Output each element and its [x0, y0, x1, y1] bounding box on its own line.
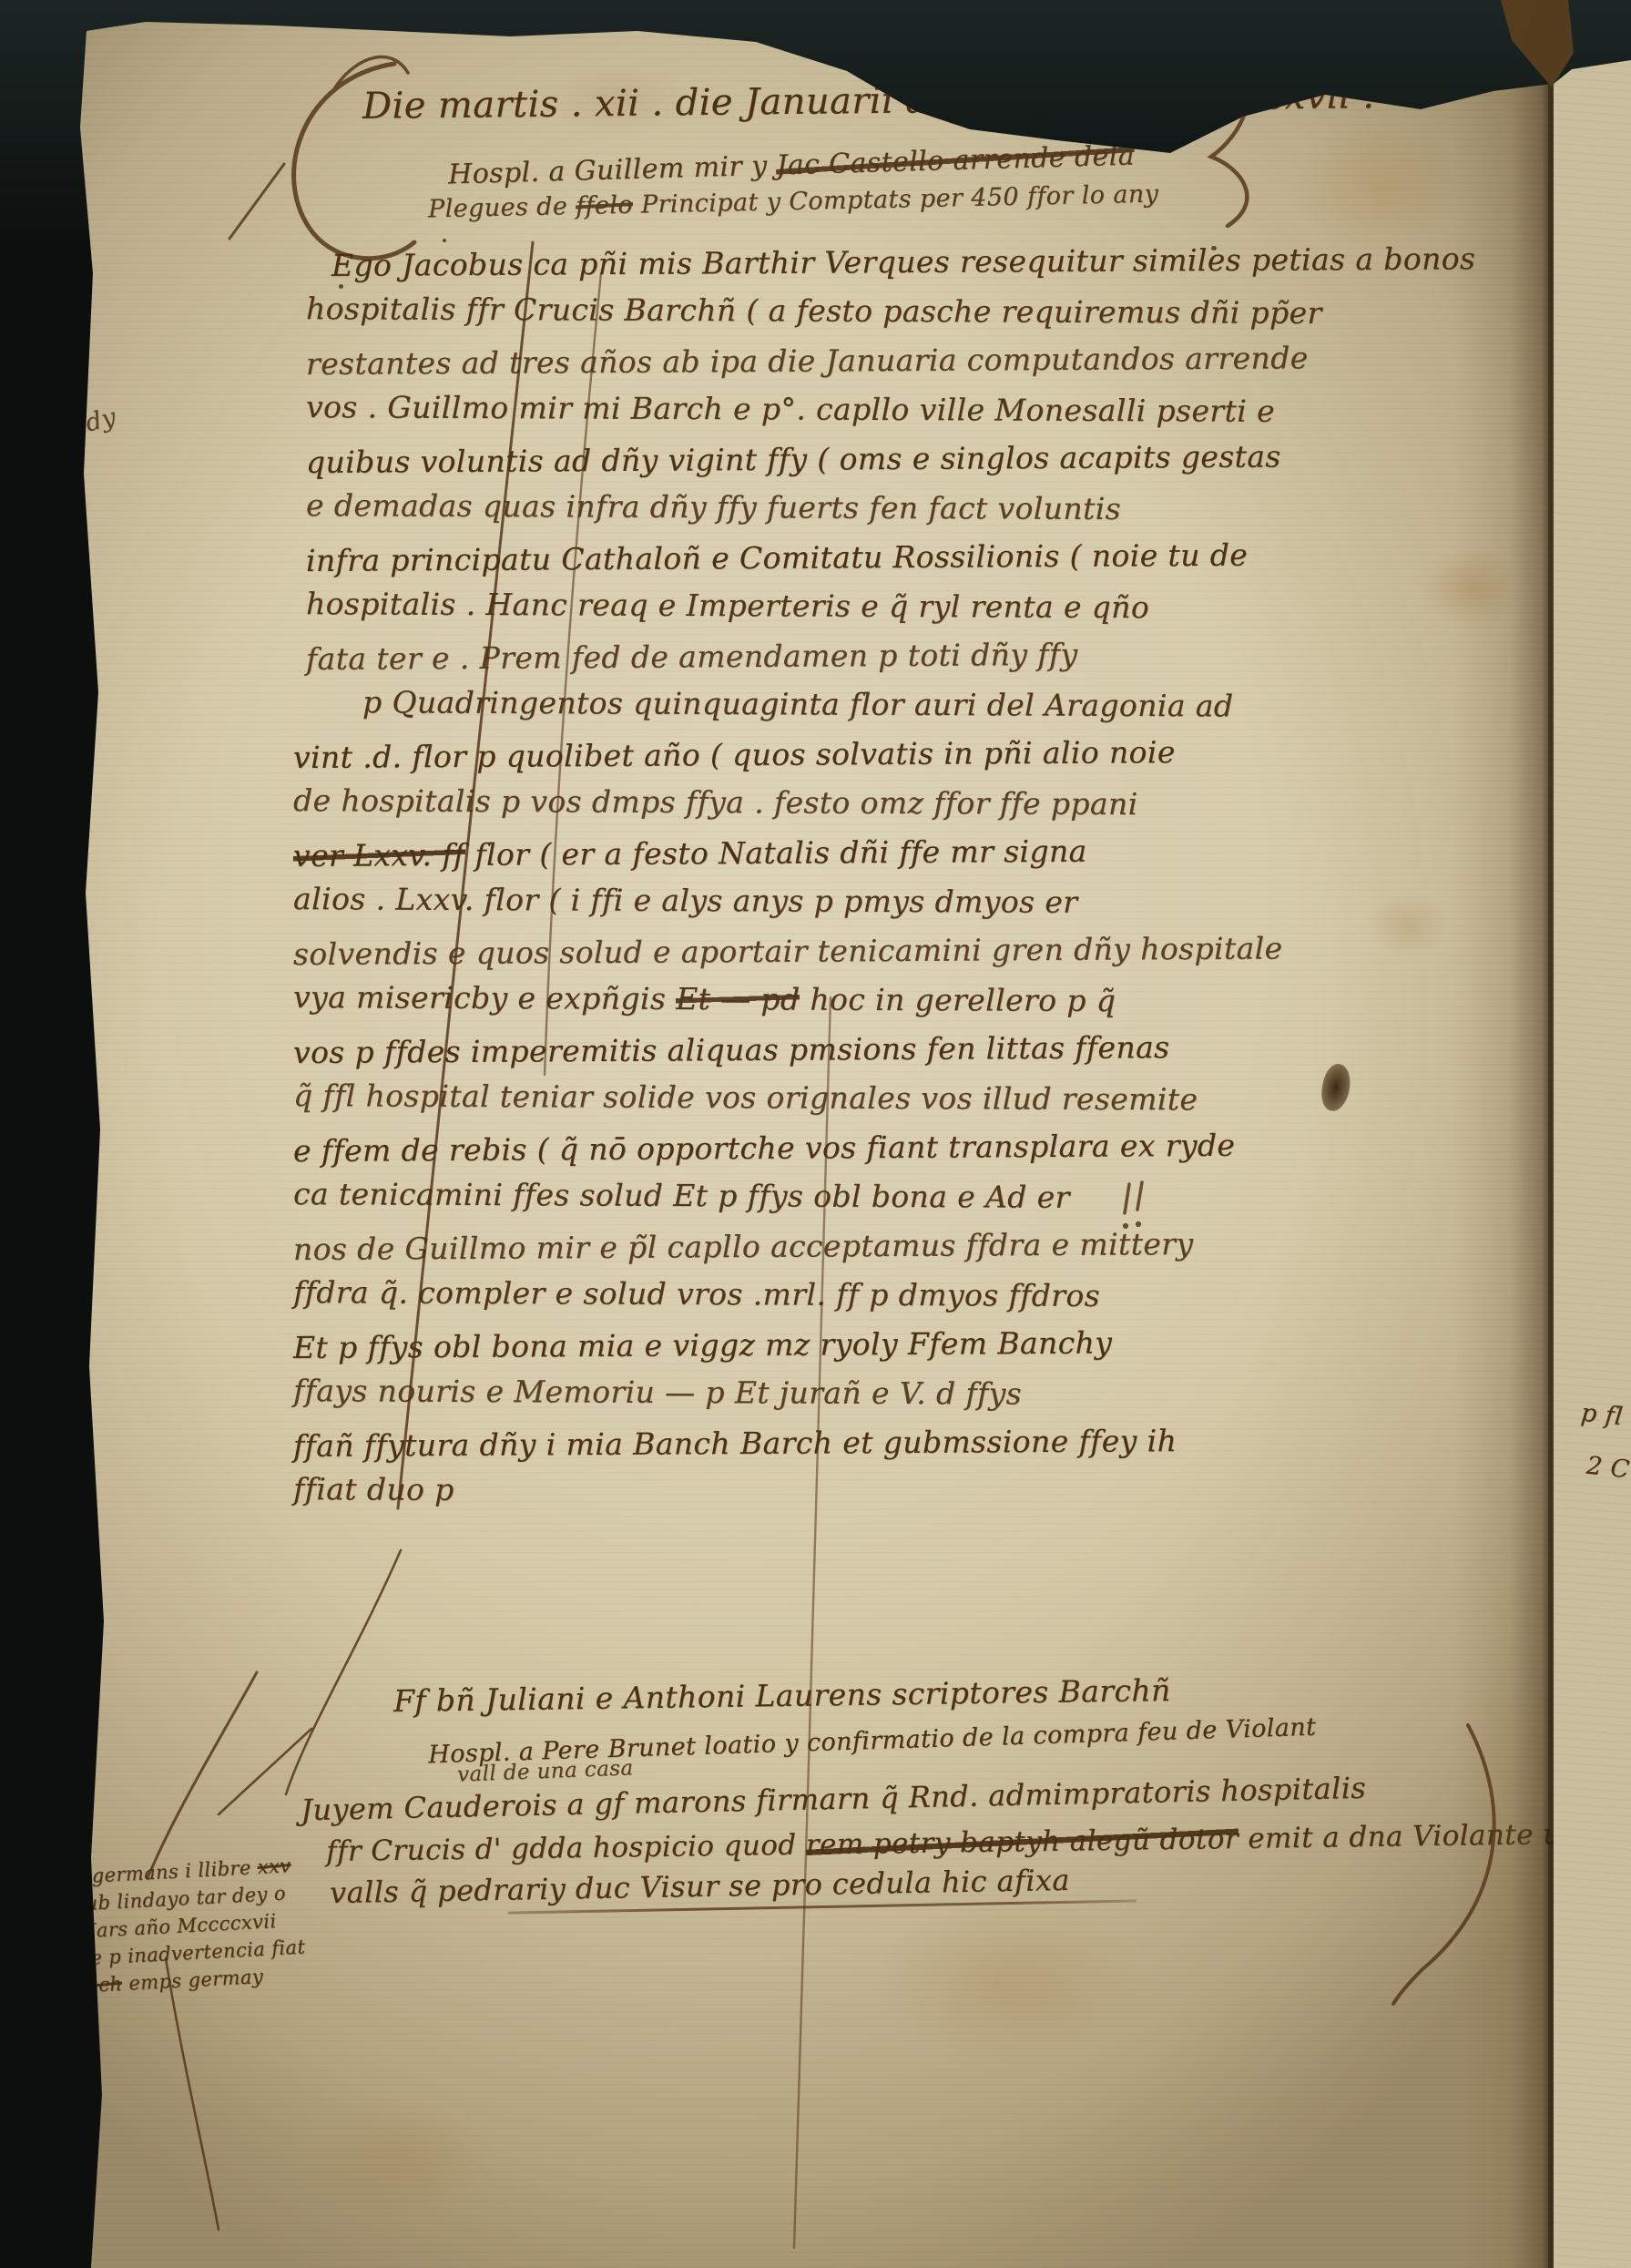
struck-text: Et — pd	[676, 981, 800, 1017]
text-line: vya misericby e expñgis Et — pd hoc in g…	[293, 979, 1499, 1034]
text-line: ca tenicamini ffes solud Et p ffys obl b…	[293, 1176, 1499, 1231]
text-line: Ego Jacobus ca pñi mis Barthir Verques r…	[331, 240, 1499, 297]
text-line: q̃ ffl hospital teniar solide vos origna…	[293, 1078, 1499, 1132]
struck-text: ver Lxxv. ff	[293, 837, 465, 873]
text-line: ver Lxxv. ff flor ( er a festo Natalis d…	[293, 831, 1499, 887]
text-line: ffays nouris e Memoriu — p Et jurañ e V.…	[293, 1373, 1499, 1427]
struck-text: rem petry baptyh alegũ dotor	[805, 1823, 1239, 1862]
text-line: fata ter e . Prem fed de amendamen p tot…	[306, 634, 1499, 690]
text-line: solvendis e quos solud e aportair tenica…	[293, 929, 1499, 986]
text-line: infra principatu Cathaloñ e Comitatu Ros…	[306, 536, 1499, 592]
line-text: vya misericby e expñgis	[293, 979, 676, 1017]
line-text: ffr Crucis d' gdda hospicio quod	[326, 1829, 806, 1868]
rubric-struck-text: ffelo	[576, 191, 633, 220]
adjacent-page-text-fragment: 2 C	[1585, 1452, 1631, 1485]
struck-text: xxv	[257, 1854, 291, 1878]
text-line: p Quadringentos quinquaginta flor auri d…	[362, 684, 1499, 738]
text-line: hospitalis . Hanc reaq e Imperteris e q̃…	[306, 586, 1499, 640]
margin-annotation: e germans i llibre xxv sub lindayo tar d…	[73, 1854, 307, 2003]
text-line: ffdra q̃. compler e solud vros .mrl. ff …	[293, 1274, 1499, 1329]
line-text: hoc in gerellero p q̃	[800, 982, 1116, 1019]
text-line: e ffem de rebis ( q̃ nō opportche vos fi…	[293, 1126, 1499, 1182]
text-line: nos de Guillmo mir e p̃l capllo acceptam…	[293, 1224, 1499, 1281]
page-fold-crease	[1548, 73, 1552, 2268]
text-line: quibus voluntis ad dñy vigint ffy ( oms …	[306, 437, 1499, 494]
text-line: hospitalis ffr Crucis Barchñ ( a festo p…	[306, 291, 1499, 345]
text-line: restantes ad tres años ab ipa die Januar…	[306, 339, 1499, 395]
text-line: vos p ffdes imperemitis aliquas pmsions …	[293, 1027, 1499, 1084]
adjacent-page-text-fragment: p fl	[1580, 1399, 1625, 1432]
text-line: ffiat duo p	[293, 1471, 1499, 1526]
text-line: Et p ffys obl bona mia e viggz mz ryoly …	[293, 1323, 1499, 1379]
text-line: e demadas quas infra dñy ffy fuerts fen …	[306, 487, 1499, 542]
binding-gutter-shadow	[1455, 73, 1554, 2268]
text-line: vint .d. flor p quolibet año ( quos solv…	[293, 732, 1499, 789]
struck-text: fach	[79, 1973, 123, 1997]
text-line: de hospitalis p vos dmps ffya . festo om…	[293, 782, 1499, 837]
text-line: vos . Guillmo mir mi Barch e p°. capllo …	[306, 389, 1499, 444]
ink-speck	[443, 239, 446, 242]
text-line: ffañ ffytura dñy i mia Banch Barch et gu…	[293, 1421, 1499, 1477]
line-text: flor ( er a festo Natalis dñi ffe mr sig…	[464, 833, 1086, 873]
text-line: alios . Lxxv. flor ( i ffi e alys anys p…	[293, 881, 1499, 935]
entry1-body: Ego Jacobus ca pñi mis Barthir Verques r…	[306, 244, 1499, 1523]
manuscript-page: Die martis . xii . die Januarii año a na…	[0, 0, 1631, 2268]
manuscript-photo: { "document": { "ink_color": "#4c3014", …	[0, 0, 1631, 2268]
rubric-text: Plegues de	[428, 192, 576, 223]
